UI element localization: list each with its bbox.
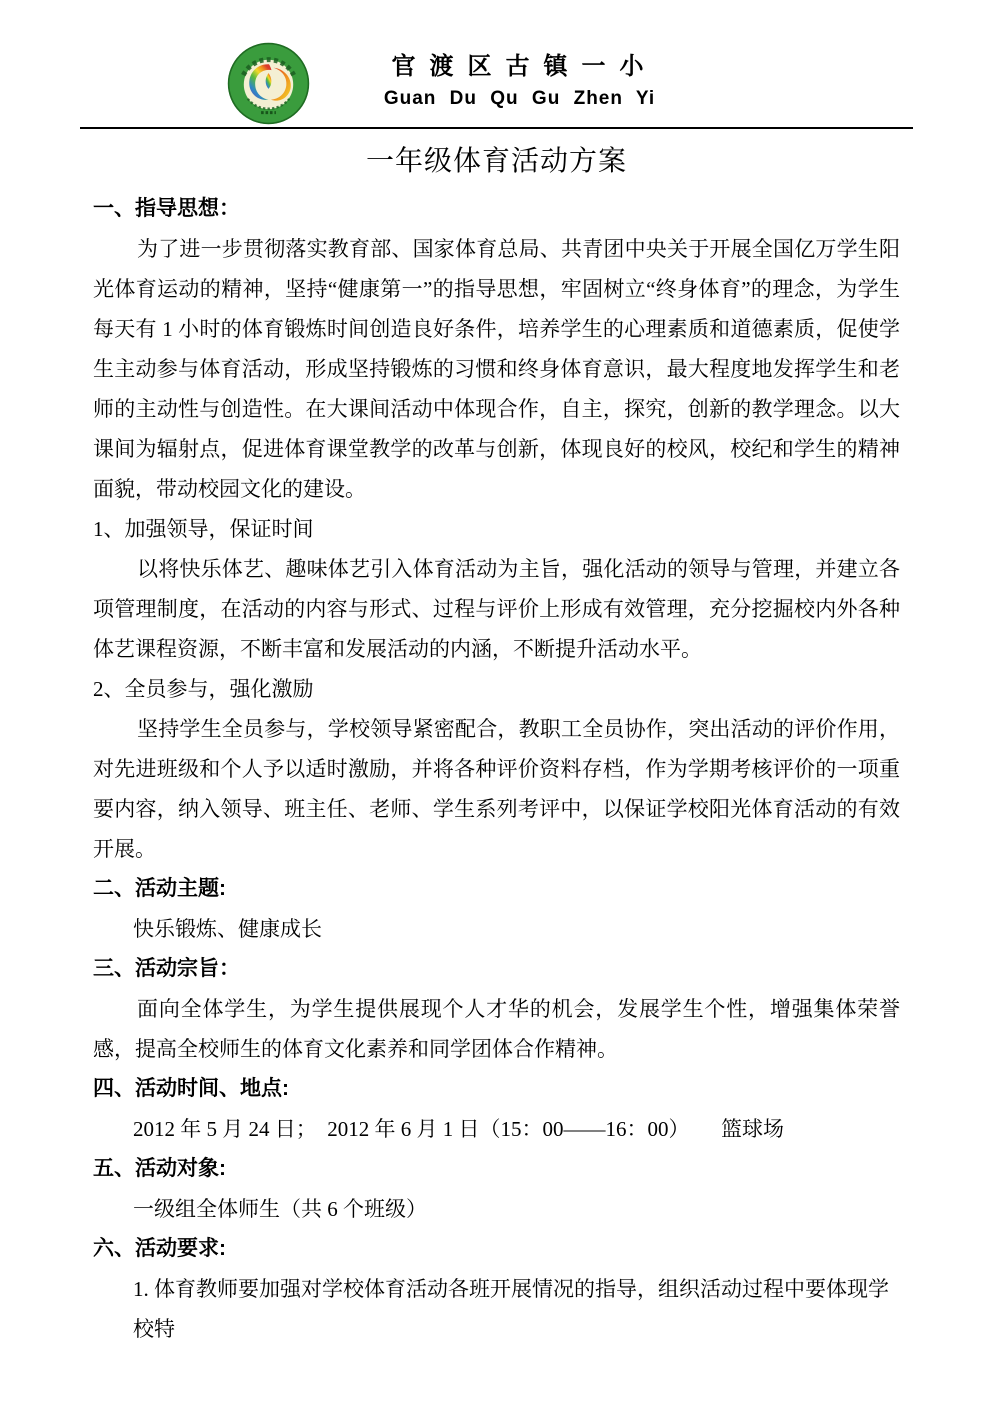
document-page: 官 渡 区 古 镇 一 小 Guan Du Qu Gu Zhen Yi 一年级体… [0,0,993,1404]
paragraph-participation: 坚持学生全员参与，学校领导紧密配合，教职工全员协作，突出活动的评价作用，对先进班… [93,709,900,869]
activity-theme: 快乐锻炼、健康成长 [93,909,900,949]
subitem-1-leadership: 1、加强领导，保证时间 [93,509,900,549]
letterhead-text: 官 渡 区 古 镇 一 小 Guan Du Qu Gu Zhen Yi [0,46,993,110]
document-body: 一、指导思想： 为了进一步贯彻落实教育部、国家体育总局、共青团中央关于开展全国亿… [93,189,900,1349]
activity-time-place: 2012 年 5 月 24 日； 2012 年 6 月 1 日（15：00——1… [93,1109,900,1149]
header-divider [80,127,913,129]
letterhead: 官 渡 区 古 镇 一 小 Guan Du Qu Gu Zhen Yi [0,0,993,127]
school-name-pinyin: Guan Du Qu Gu Zhen Yi [46,88,993,110]
section-heading-6: 六、活动要求: [93,1229,900,1269]
requirement-item-1: 1. 体育教师要加强对学校体育活动各班开展情况的指导，组织活动过程中要体现学校特 [93,1269,900,1349]
document-title: 一年级体育活动方案 [0,139,993,179]
section-heading-4: 四、活动时间、地点: [93,1069,900,1109]
paragraph-guiding-1: 为了进一步贯彻落实教育部、国家体育总局、共青团中央关于开展全国亿万学生阳光体育运… [93,229,900,509]
section-heading-1: 一、指导思想： [93,189,900,229]
school-name-chinese: 官 渡 区 古 镇 一 小 [46,46,993,81]
activity-audience: 一级组全体师生（共 6 个班级） [93,1189,900,1229]
section-heading-3: 三、活动宗旨： [93,949,900,989]
subitem-2-participation: 2、全员参与，强化激励 [93,669,900,709]
paragraph-leadership: 以将快乐体艺、趣味体艺引入体育活动为主旨，强化活动的领导与管理，并建立各项管理制… [93,549,900,669]
section-heading-5: 五、活动对象: [93,1149,900,1189]
paragraph-purpose: 面向全体学生，为学生提供展现个人才华的机会，发展学生个性，增强集体荣誉感，提高全… [93,989,900,1069]
section-heading-2: 二、活动主题: [93,869,900,909]
